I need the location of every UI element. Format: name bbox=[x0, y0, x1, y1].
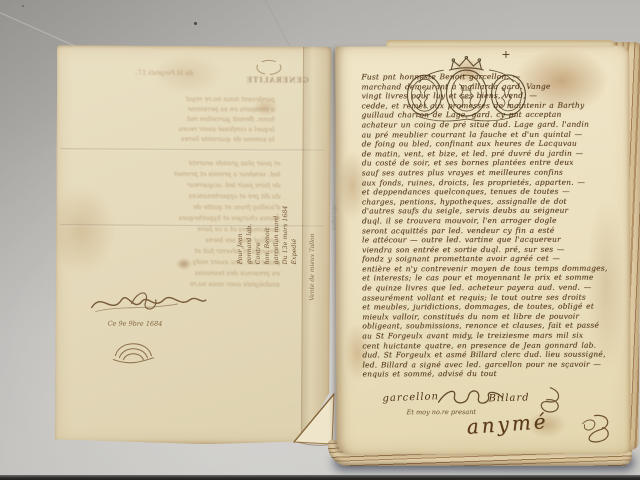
signature-scrawl bbox=[88, 289, 212, 320]
table-edge bbox=[0, 475, 640, 480]
dust-speck bbox=[22, 5, 24, 7]
signature-paraph bbox=[575, 412, 617, 448]
loose-document-verso: du St Forgeulx 17.. GENERALITE pardevant… bbox=[55, 45, 331, 444]
archivist-pencil-note: echange bbox=[331, 186, 338, 230]
manuscript-line: enquis et sommé, advisé du tout bbox=[362, 369, 620, 379]
docket-line: Expedié bbox=[290, 147, 300, 265]
docket-title-vertical: Vente de mieux Tallon bbox=[309, 151, 317, 301]
circle-doodle bbox=[255, 58, 283, 76]
ghost-line: la somme de quarante livres bbox=[71, 133, 275, 144]
manuscript-recto-page: + bbox=[335, 45, 630, 454]
show-through-text-upper: pardevant nous no.re royala comparu en s… bbox=[71, 93, 275, 144]
dust-speck bbox=[194, 22, 197, 25]
surface-scratch bbox=[257, 0, 293, 51]
signature-billard: Billard bbox=[488, 392, 529, 404]
date-annotation: Ce 9e 9bre 1684 bbox=[108, 320, 163, 328]
signature-garcellon: garcellon bbox=[382, 391, 439, 404]
ghost-block-capitals: GENERALITE bbox=[203, 75, 309, 85]
notarial-paraph bbox=[109, 332, 157, 366]
ghost-header-note: du St Forgeulx 17.. bbox=[73, 69, 193, 77]
deed-text-block: Fust pnt honneste Benoit garcellon, —mar… bbox=[361, 72, 620, 385]
bound-volume: + bbox=[326, 38, 640, 472]
signature-anyme: anymé bbox=[466, 409, 549, 439]
photo-of-manuscript: du St Forgeulx 17.. GENERALITE pardevant… bbox=[0, 0, 640, 480]
filing-docket-vertical: Pour Jeangonnard lab.Contrehon. Benoitga… bbox=[236, 146, 303, 264]
